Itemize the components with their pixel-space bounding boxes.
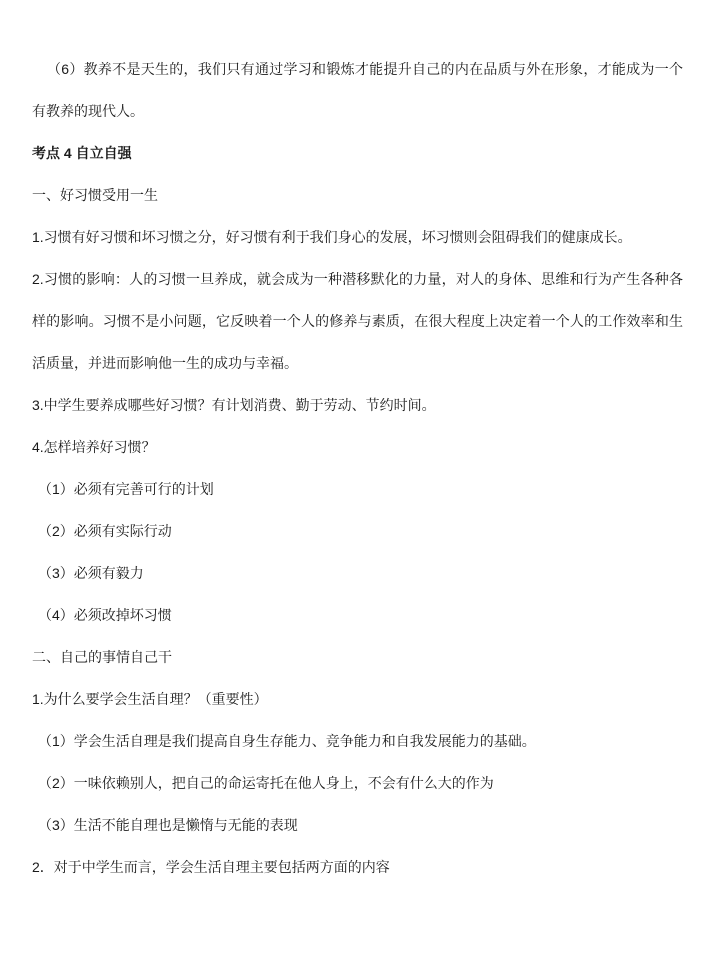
list-item-2: （2）必须有实际行动 bbox=[32, 510, 683, 552]
document-content: （6）教养不是天生的，我们只有通过学习和锻炼才能提升自己的内在品质与外在形象，才… bbox=[0, 0, 719, 888]
section-2-list-item-3: （3）生活不能自理也是懒惰与无能的表现 bbox=[32, 804, 683, 846]
section-1-point-2: 2.习惯的影响：人的习惯一旦养成，就会成为一种潜移默化的力量，对人的身体、思维和… bbox=[32, 258, 683, 384]
list-item-4: （4）必须改掉坏习惯 bbox=[32, 594, 683, 636]
section-1-point-3: 3.中学生要养成哪些好习惯？有计划消费、勤于劳动、节约时间。 bbox=[32, 384, 683, 426]
list-item-3: （3）必须有毅力 bbox=[32, 552, 683, 594]
section-2-list-item-1: （1）学会生活自理是我们提高自身生存能力、竞争能力和自我发展能力的基础。 bbox=[32, 720, 683, 762]
paragraph-point-6: （6）教养不是天生的，我们只有通过学习和锻炼才能提升自己的内在品质与外在形象，才… bbox=[32, 48, 683, 132]
section-2-point-1: 1.为什么要学会生活自理？（重要性） bbox=[32, 678, 683, 720]
section-2-list-item-2: （2）一味依赖别人，把自己的命运寄托在他人身上，不会有什么大的作为 bbox=[32, 762, 683, 804]
section-1-title: 一、好习惯受用一生 bbox=[32, 174, 683, 216]
list-item-1: （1）必须有完善可行的计划 bbox=[32, 468, 683, 510]
document-page: （6）教养不是天生的，我们只有通过学习和锻炼才能提升自己的内在品质与外在形象，才… bbox=[0, 0, 719, 972]
section-1-point-1: 1.习惯有好习惯和坏习惯之分，好习惯有利于我们身心的发展，坏习惯则会阻碍我们的健… bbox=[32, 216, 683, 258]
section-2-title: 二、自己的事情自己干 bbox=[32, 636, 683, 678]
section-1-point-4: 4.怎样培养好习惯？ bbox=[32, 426, 683, 468]
heading-exam-point-4: 考点 4 自立自强 bbox=[32, 132, 683, 174]
section-2-point-2: 2．对于中学生而言，学会生活自理主要包括两方面的内容 bbox=[32, 846, 683, 888]
